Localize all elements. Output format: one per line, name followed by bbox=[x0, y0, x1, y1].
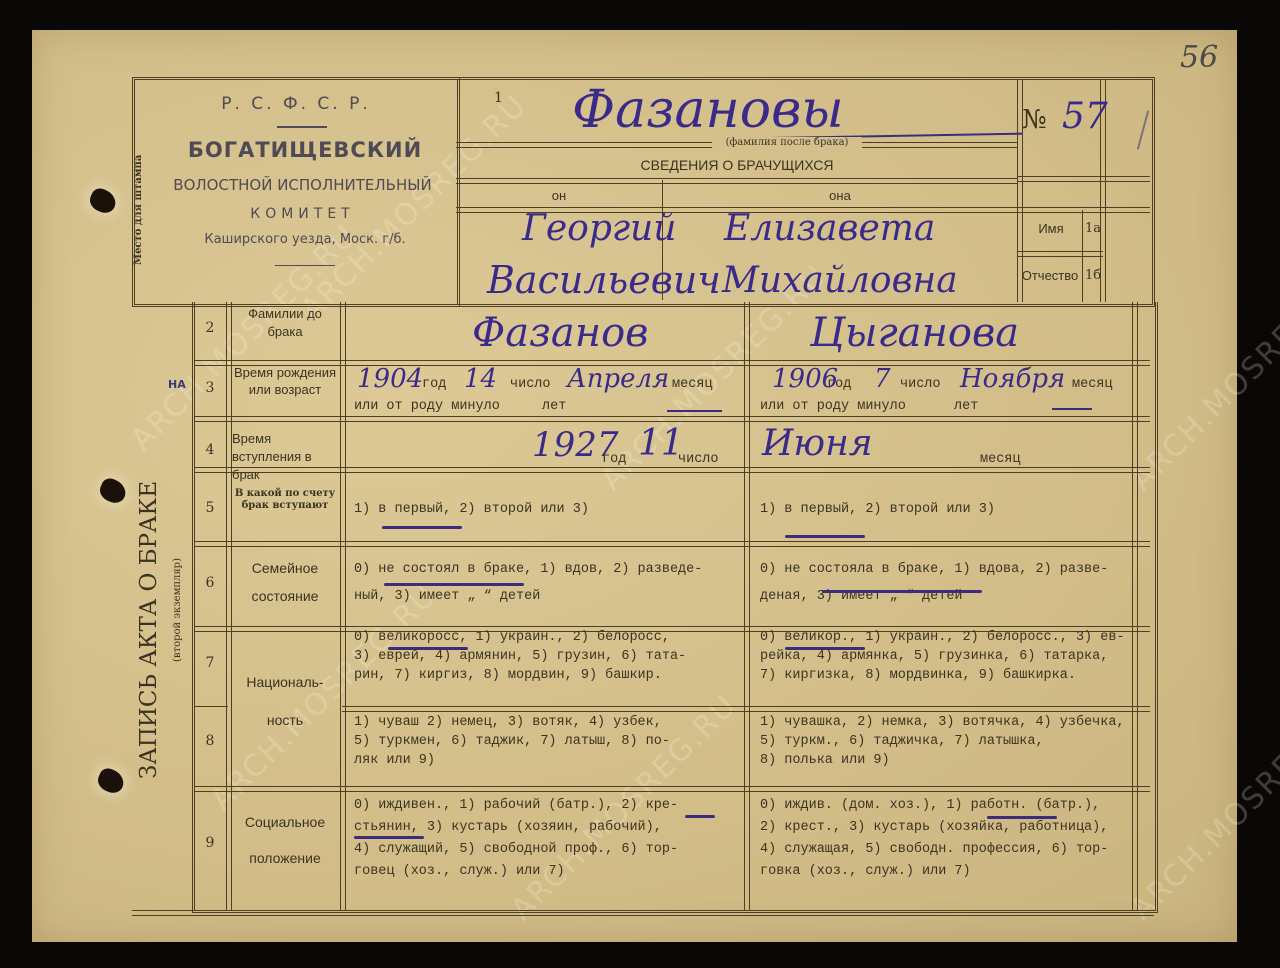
selection-underline bbox=[685, 815, 715, 818]
row-number: 2 bbox=[194, 320, 226, 336]
row-label-nationality: Националь- bbox=[232, 674, 338, 690]
stamp-line-uezd: Каширского уезда, Моск. г/б. bbox=[155, 232, 455, 247]
he-birth-month: Апреля bbox=[567, 364, 669, 394]
she-social-line4: говка (хоз., служ.) или 7) bbox=[760, 862, 971, 881]
she-patronymic: Михайловна bbox=[722, 260, 958, 301]
year-label: год bbox=[422, 375, 446, 394]
she-birth-month: Ноября bbox=[960, 364, 1065, 394]
row-label-marriage-date: Время вступления в брак bbox=[232, 430, 338, 484]
she-marriage-count-options: 1) в первый, 2) второй или 3) bbox=[760, 500, 995, 519]
he-birth-year: 1904 bbox=[357, 364, 423, 394]
selection-underline bbox=[785, 647, 865, 650]
year-label: год bbox=[602, 450, 626, 469]
age-label: или от роду минуло bbox=[760, 397, 906, 416]
column-he: он bbox=[456, 188, 662, 203]
she-first-name: Елизавета bbox=[724, 208, 935, 249]
he-social-line2: стьянин, 3) кустарь (хозяин, рабочий), bbox=[354, 818, 662, 837]
selection-underline bbox=[822, 590, 982, 593]
age-label: или от роду минуло bbox=[354, 397, 500, 416]
he-patronymic: Васильевич bbox=[487, 258, 721, 302]
record-number-label: № bbox=[1022, 105, 1047, 135]
he-first-name: Георгий bbox=[522, 208, 676, 249]
row-number: 6 bbox=[194, 575, 226, 591]
she-nationality-2-line1: 1) чувашка, 2) немка, 3) вотячка, 4) узб… bbox=[760, 713, 1125, 732]
stamp-line-rsfsr: Р. С. Ф. С. Р. bbox=[135, 94, 457, 114]
he-nationality-2-line3: ляк или 9) bbox=[354, 751, 435, 770]
marriage-day: 11 bbox=[638, 423, 684, 464]
section-title: СВЕДЕНИЯ О БРАЧУЩИХСЯ bbox=[456, 157, 1018, 173]
he-marital-status-line1: 0) не состоял в браке, 1) вдов, 2) разве… bbox=[354, 560, 702, 579]
record-subtitle: (второй экземпляр) bbox=[172, 530, 186, 690]
punch-hole bbox=[87, 186, 120, 217]
selection-underline bbox=[382, 526, 462, 529]
row-label-marital-status-2: состояние bbox=[232, 588, 338, 604]
patronymic-label: Отчество bbox=[1018, 268, 1082, 283]
surname-after-marriage: Фазановы bbox=[572, 80, 844, 140]
day-label: число bbox=[900, 375, 941, 394]
she-nationality-line1: 0) великор., 1) украин., 2) белоросс., 3… bbox=[760, 628, 1125, 647]
surname-caption: (фамилия после брака) bbox=[712, 137, 862, 148]
name-label: Имя bbox=[1020, 221, 1082, 236]
he-birth-day: 14 bbox=[464, 364, 497, 394]
row-number: 3 bbox=[194, 380, 226, 396]
he-nationality-2-line1: 1) чуваш 2) немец, 3) вотяк, 4) узбек, bbox=[354, 713, 662, 732]
she-nationality-2-line3: 8) полька или 9) bbox=[760, 751, 890, 770]
selection-underline bbox=[785, 535, 865, 538]
she-social-line2: 2) крест., 3) кустарь (хозяйка, работниц… bbox=[760, 818, 1108, 837]
page-number: 56 bbox=[1180, 40, 1218, 75]
patronymic-code: 1б bbox=[1083, 268, 1103, 283]
she-social-line1: 0) иждив. (дом. хоз.), 1) работн. (батр.… bbox=[760, 796, 1100, 815]
record-number-value: 57 bbox=[1062, 96, 1108, 137]
she-social-line3: 4) служащая, 5) свободн. профессия, 6) т… bbox=[760, 840, 1108, 859]
she-nationality-2-line2: 5) туркм., 6) таджичка, 7) латышка, bbox=[760, 732, 1044, 751]
stamp-box: Место для штампа Р. С. Ф. С. Р. БОГАТИЩЕ… bbox=[132, 77, 460, 307]
year-label: год bbox=[827, 375, 851, 394]
name-code: 1а bbox=[1083, 221, 1103, 236]
he-social-line1: 0) иждивен., 1) рабочий (батр.), 2) кре- bbox=[354, 796, 678, 815]
he-marriage-count-options: 1) в первый, 2) второй или 3) bbox=[354, 500, 589, 519]
month-label: месяц bbox=[672, 375, 713, 394]
row-number: 8 bbox=[194, 733, 226, 749]
row-number: 4 bbox=[194, 442, 226, 458]
he-social-line4: говец (хоз., служ.) или 7) bbox=[354, 862, 565, 881]
he-marital-status-line2: ный, 3) имеет „ “ детей bbox=[354, 587, 540, 606]
row-number: 9 bbox=[194, 835, 226, 851]
row-label-social-status: Социальное bbox=[232, 814, 338, 830]
row-number: 7 bbox=[194, 655, 226, 671]
he-nationality-2-line2: 5) туркмен, 6) таджик, 7) латыш, 8) по- bbox=[354, 732, 670, 751]
row-label-birth: Время рождения или возраст bbox=[232, 364, 338, 398]
day-label: число bbox=[510, 375, 551, 394]
age-unit: лет bbox=[954, 397, 978, 416]
he-nationality-line3: рин, 7) киргиз, 8) мордвин, 9) башкир. bbox=[354, 666, 662, 685]
column-she: она bbox=[663, 188, 1017, 203]
she-birth-day: 7 bbox=[874, 364, 891, 394]
selection-underline bbox=[987, 816, 1057, 819]
row-label-surnames-before: Фамилии до брака bbox=[232, 305, 338, 341]
row-label-marital-status: Семейное bbox=[232, 560, 338, 576]
document-sheet: 56 ARCH.MOSREG.RU ARCH.MOSREG.RU ARCH.MO… bbox=[32, 30, 1237, 942]
stamp-line-volost-name: БОГАТИЩЕВСКИЙ bbox=[155, 138, 455, 162]
selection-underline bbox=[354, 836, 424, 839]
day-label: число bbox=[678, 450, 719, 469]
month-label: месяц bbox=[980, 450, 1021, 469]
stamp-divider bbox=[275, 265, 335, 266]
she-surname-before: Цыганова bbox=[810, 310, 1019, 356]
punch-hole bbox=[95, 766, 128, 797]
row-label-nationality-2: ность bbox=[232, 712, 338, 728]
stamp-divider bbox=[277, 126, 327, 128]
he-social-line3: 4) служащий, 5) свободной проф., 6) тор- bbox=[354, 840, 678, 859]
row-label-social-status-2: положение bbox=[232, 850, 338, 866]
selection-underline bbox=[388, 647, 468, 650]
punch-hole bbox=[97, 476, 130, 507]
age-unit: лет bbox=[542, 397, 566, 416]
she-nationality-line3: 7) киргизка, 8) мордвинка, 9) башкирка. bbox=[760, 666, 1076, 685]
field-number-1: 1 bbox=[494, 90, 503, 106]
stamp-line-komitet: КОМИТЕТ bbox=[145, 206, 460, 222]
he-nationality-line1: 0) великоросс, 1) украин., 2) белоросс, bbox=[354, 628, 670, 647]
he-surname-before: Фазанов bbox=[472, 310, 648, 356]
margin-mark: НА bbox=[168, 378, 186, 391]
record-title: ЗАПИСЬ АКТА О БРАКЕ bbox=[136, 430, 176, 830]
selection-underline bbox=[384, 583, 524, 586]
row-label-marriage-count: В какой по счету брак вступают bbox=[232, 488, 338, 512]
month-label: месяц bbox=[1072, 375, 1113, 394]
she-marital-status-line1: 0) не состояла в браке, 1) вдова, 2) раз… bbox=[760, 560, 1108, 579]
stamp-line-committee: ВОЛОСТНОЙ ИСПОЛНИТЕЛЬНЫЙ bbox=[145, 176, 460, 194]
row-number: 5 bbox=[194, 500, 226, 516]
marriage-month: Июня bbox=[762, 423, 873, 464]
